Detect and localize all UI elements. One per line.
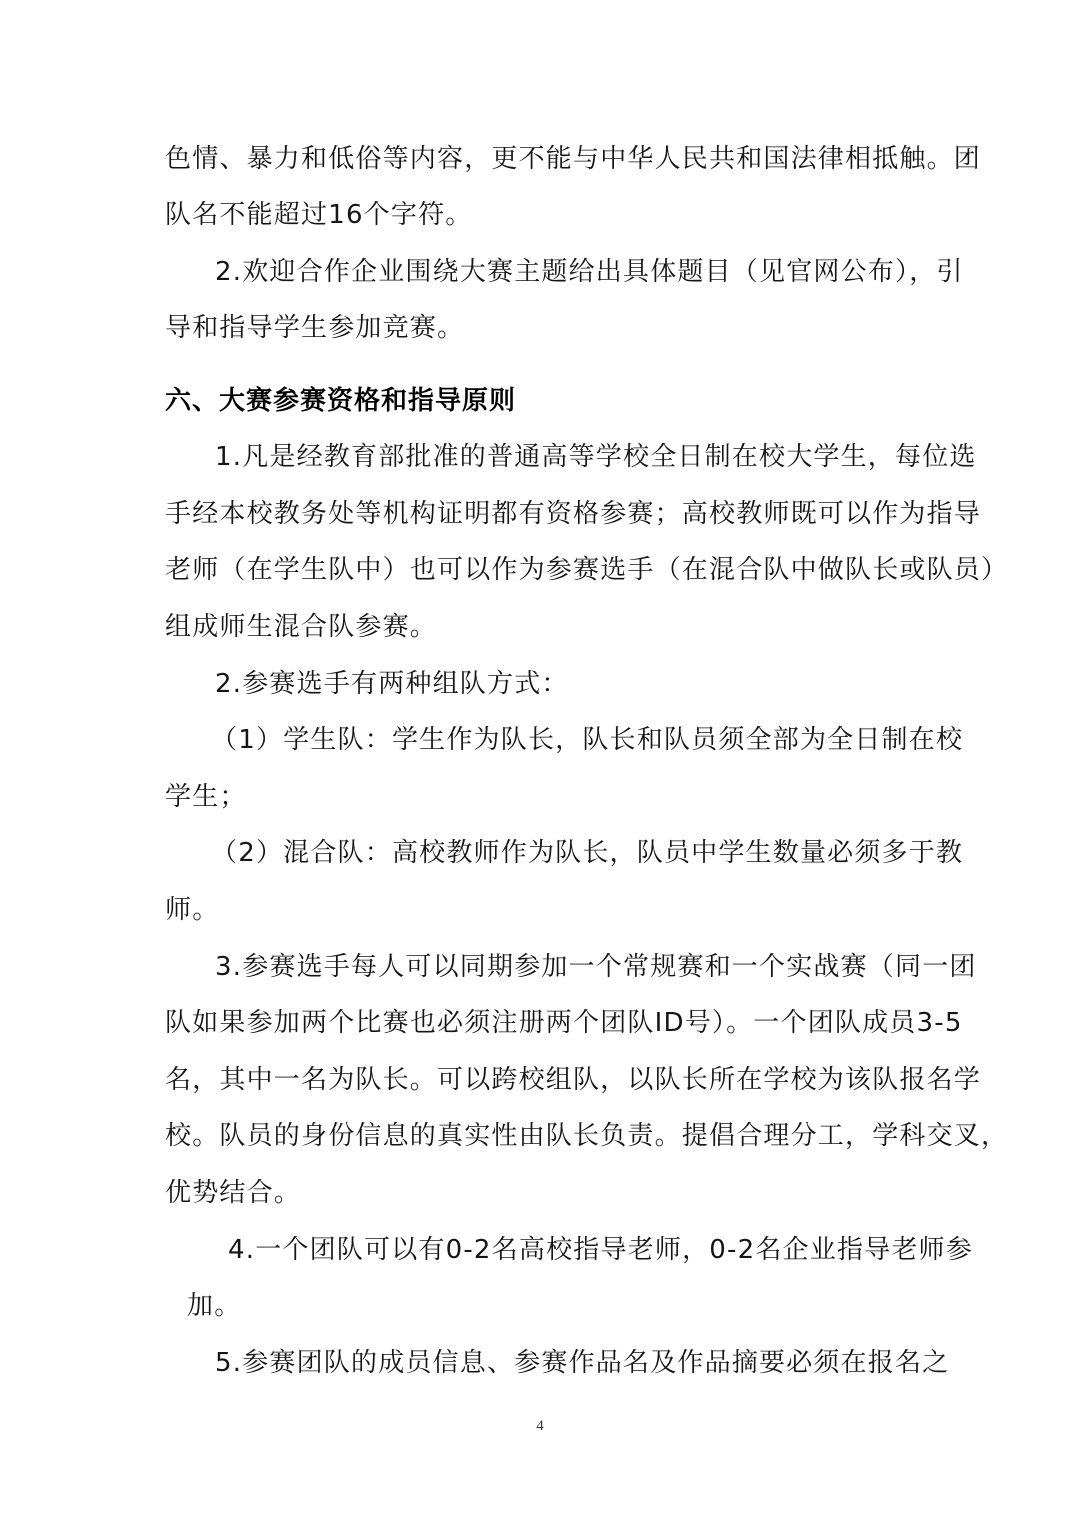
text-line: 4.一个团队可以有0-2名高校指导老师，0-2名企业指导老师参 xyxy=(228,1233,920,1267)
text-line: 2.欢迎合作企业围绕大赛主题给出具体题目（见官网公布），引 xyxy=(215,255,920,289)
text-line: 师。 xyxy=(165,893,920,927)
text-line: 学生； xyxy=(165,780,920,814)
text-line: 5.参赛团队的成员信息、参赛作品名及作品摘要必须在报名之 xyxy=(215,1346,920,1380)
text-line: （2）混合队：高校教师作为队长，队员中学生数量必须多于教 xyxy=(211,836,920,870)
text-line: 名，其中一名为队长。可以跨校组队，以队长所在学校为该队报名学 xyxy=(165,1063,920,1097)
text-line: 1.凡是经教育部批准的普通高等学校全日制在校大学生，每位选 xyxy=(215,440,920,474)
text-line: 手经本校教务处等机构证明都有资格参赛；高校教师既可以作为指导 xyxy=(165,497,920,531)
text-line: 3.参赛选手每人可以同期参加一个常规赛和一个实战赛（同一团 xyxy=(215,950,920,984)
text-line: 导和指导学生参加竞赛。 xyxy=(165,311,920,345)
text-line: 加。 xyxy=(187,1289,920,1323)
document-page: 色情、暴力和低俗等内容，更不能与中华人民共和国法律相抵触。团队名不能超过16个字… xyxy=(0,0,1080,1527)
text-line: 优势结合。 xyxy=(165,1176,920,1210)
text-line: 队名不能超过16个字符。 xyxy=(165,198,920,232)
text-line: 老师（在学生队中）也可以作为参赛选手（在混合队中做队长或队员） xyxy=(165,553,920,587)
text-line: 组成师生混合队参赛。 xyxy=(165,610,920,644)
page-number: 4 xyxy=(0,1418,1080,1435)
section-heading: 六、大赛参赛资格和指导原则 xyxy=(165,384,920,418)
text-line: 校。队员的身份信息的真实性由队长负责。提倡合理分工，学科交叉， xyxy=(165,1119,920,1153)
text-line: 2.参赛选手有两种组队方式： xyxy=(215,667,920,701)
text-line: 色情、暴力和低俗等内容，更不能与中华人民共和国法律相抵触。团 xyxy=(165,142,920,176)
text-line: 队如果参加两个比赛也必须注册两个团队ID号）。一个团队成员3-5 xyxy=(165,1006,920,1040)
text-line: （1）学生队：学生作为队长，队长和队员须全部为全日制在校 xyxy=(211,723,920,757)
